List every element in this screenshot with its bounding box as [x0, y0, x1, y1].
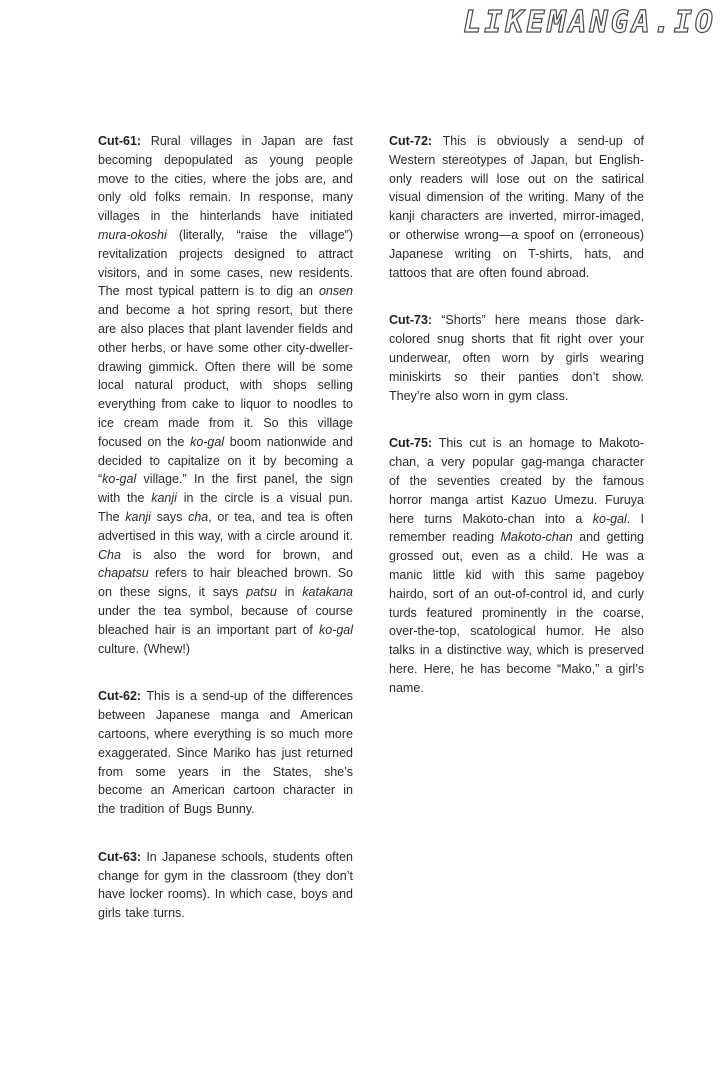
note-text-italic: chapatsu: [98, 566, 149, 580]
note-text: says: [151, 510, 188, 524]
note-text: and getting grossed out, even as a child…: [389, 530, 644, 694]
note-label: Cut-75:: [389, 436, 432, 450]
note-label: Cut-72:: [389, 134, 432, 148]
note-text-italic: kanji: [151, 491, 177, 505]
note-text: culture. (Whew!): [98, 642, 190, 656]
translator-note: Cut-61: Rural villages in Japan are fast…: [98, 132, 353, 658]
note-text: under the tea symbol, because of course …: [98, 604, 353, 637]
note-text-italic: ko-gal: [319, 623, 353, 637]
note-text-italic: ko-gal: [593, 512, 627, 526]
manga-notes-page: LIKEMANGA.IO Cut-61: Rural villages in J…: [0, 0, 728, 1074]
translator-note: Cut-72: This is obviously a send-up of W…: [389, 132, 644, 282]
note-text: is also the word for brown, and: [121, 548, 353, 562]
note-text: This is a send-up of the differences bet…: [98, 689, 353, 816]
note-text-italic: patsu: [246, 585, 277, 599]
note-text-italic: katakana: [302, 585, 353, 599]
note-text: This is obviously a send-up of Western s…: [389, 134, 644, 280]
note-text: in: [277, 585, 302, 599]
translator-note: Cut-63: In Japanese schools, students of…: [98, 848, 353, 923]
note-label: Cut-63:: [98, 850, 141, 864]
note-text-italic: ko-gal: [190, 435, 224, 449]
note-label: Cut-61:: [98, 134, 141, 148]
note-text-italic: kanji: [125, 510, 151, 524]
notes-column-right: Cut-72: This is obviously a send-up of W…: [389, 132, 644, 952]
note-text: and become a hot spring resort, but ther…: [98, 303, 353, 449]
note-text-italic: cha: [188, 510, 208, 524]
note-label: Cut-73:: [389, 313, 432, 327]
translator-note: Cut-75: This cut is an homage to Makoto-…: [389, 434, 644, 697]
note-text-italic: ko-gal: [102, 472, 136, 486]
note-text-italic: onsen: [319, 284, 353, 298]
translator-note: Cut-73: “Shorts” here means those dark-c…: [389, 311, 644, 405]
note-text-italic: Makoto-chan: [501, 530, 573, 544]
site-watermark: LIKEMANGA.IO: [463, 5, 716, 40]
notes-columns: Cut-61: Rural villages in Japan are fast…: [98, 132, 644, 952]
note-text-italic: Cha: [98, 548, 121, 562]
note-text-italic: mura-okoshi: [98, 228, 167, 242]
note-label: Cut-62:: [98, 689, 141, 703]
translator-note: Cut-62: This is a send-up of the differe…: [98, 687, 353, 819]
notes-column-left: Cut-61: Rural villages in Japan are fast…: [98, 132, 353, 952]
